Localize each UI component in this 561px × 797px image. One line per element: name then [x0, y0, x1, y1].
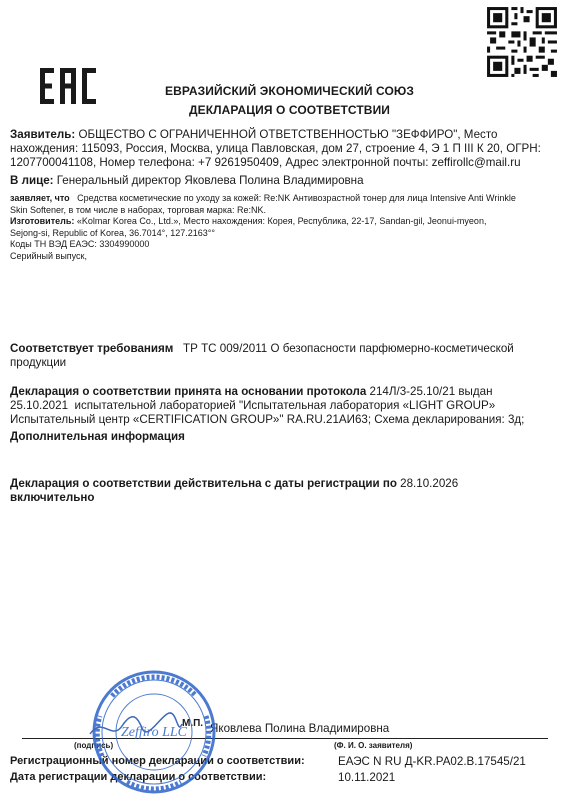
representative-label: В лице:: [10, 174, 54, 187]
applicant-line3: 1207700041108, Номер телефона: +7 926195…: [10, 156, 555, 170]
protocol-block: Декларация о соответствии принята на осн…: [10, 385, 555, 427]
declares-line1: Средства косметические по уходу за кожей…: [70, 193, 516, 203]
representative-value: Генеральный директор Яковлева Полина Вла…: [54, 174, 364, 187]
applicant-block: Заявитель: ОБЩЕСТВО С ОГРАНИЧЕННОЙ ОТВЕТ…: [10, 128, 555, 170]
conformity-label: Соответствует требованиям: [10, 342, 173, 355]
manufacturer-label: Изготовитель:: [10, 216, 74, 226]
declares-line2: Skin Softener, в том числе в наборах, то…: [10, 205, 555, 217]
applicant-line1: ОБЩЕСТВО С ОГРАНИЧЕННОЙ ОТВЕТСТВЕННОСТЬЮ…: [75, 128, 497, 141]
representative-block: В лице: Генеральный директор Яковлева По…: [10, 174, 555, 188]
tnved-codes: Коды ТН ВЭД ЕАЭС: 3304990000: [10, 239, 555, 251]
validity-date: 28.10.2026: [397, 477, 458, 490]
additional-info-label: Дополнительная информация: [10, 430, 555, 444]
product-block: заявляет, что Средства косметические по …: [10, 193, 555, 263]
company-stamp: Zeffiro LLC: [82, 666, 222, 796]
registration-number-value: ЕАЭС N RU Д-KR.РА02.В.17545/21: [338, 755, 526, 768]
applicant-label: Заявитель:: [10, 128, 75, 141]
manufacturer-line1: «Kolmar Korea Co., Ltd.», Место нахожден…: [74, 216, 486, 226]
protocol-label: Декларация о соответствии принята на осн…: [10, 385, 366, 398]
additional-info-block: Дополнительная информация: [10, 430, 555, 444]
conformity-line2: продукции: [10, 356, 555, 370]
registration-date-value: 10.11.2021: [338, 771, 395, 784]
validity-label: Декларация о соответствии действительна …: [10, 477, 397, 490]
validity-suffix: включительно: [10, 491, 555, 505]
document-title: ДЕКЛАРАЦИЯ О СООТВЕТСТВИИ: [0, 103, 561, 117]
union-title: ЕВРАЗИЙСКИЙ ЭКОНОМИЧЕСКИЙ СОЮЗ: [0, 84, 561, 98]
protocol-line1: 214Л/3-25.10/21 выдан: [366, 385, 492, 398]
validity-block: Декларация о соответствии действительна …: [10, 477, 555, 505]
protocol-line3: Испытательный центр «CERTIFICATION GROUP…: [10, 413, 555, 427]
declares-label: заявляет, что: [10, 193, 70, 203]
qr-code-icon: [484, 4, 560, 80]
name-line: [205, 738, 548, 739]
applicant-line2: нахождения: 115093, Россия, Москва, улиц…: [10, 142, 555, 156]
serial-production: Серийный выпуск,: [10, 251, 555, 263]
conformity-line1: ТР ТС 009/2011 О безопасности парфюмерно…: [173, 342, 513, 355]
signer-name: Яковлева Полина Владимировна: [210, 722, 389, 735]
manufacturer-line2: Sejong-si, Republic of Korea, 36.7014°, …: [10, 228, 555, 240]
conformity-block: Соответствует требованиям ТР ТС 009/2011…: [10, 342, 555, 370]
protocol-line2: 25.10.2021 испытательной лабораторией "И…: [10, 399, 555, 413]
name-caption: (Ф. И. О. заявителя): [334, 741, 412, 750]
